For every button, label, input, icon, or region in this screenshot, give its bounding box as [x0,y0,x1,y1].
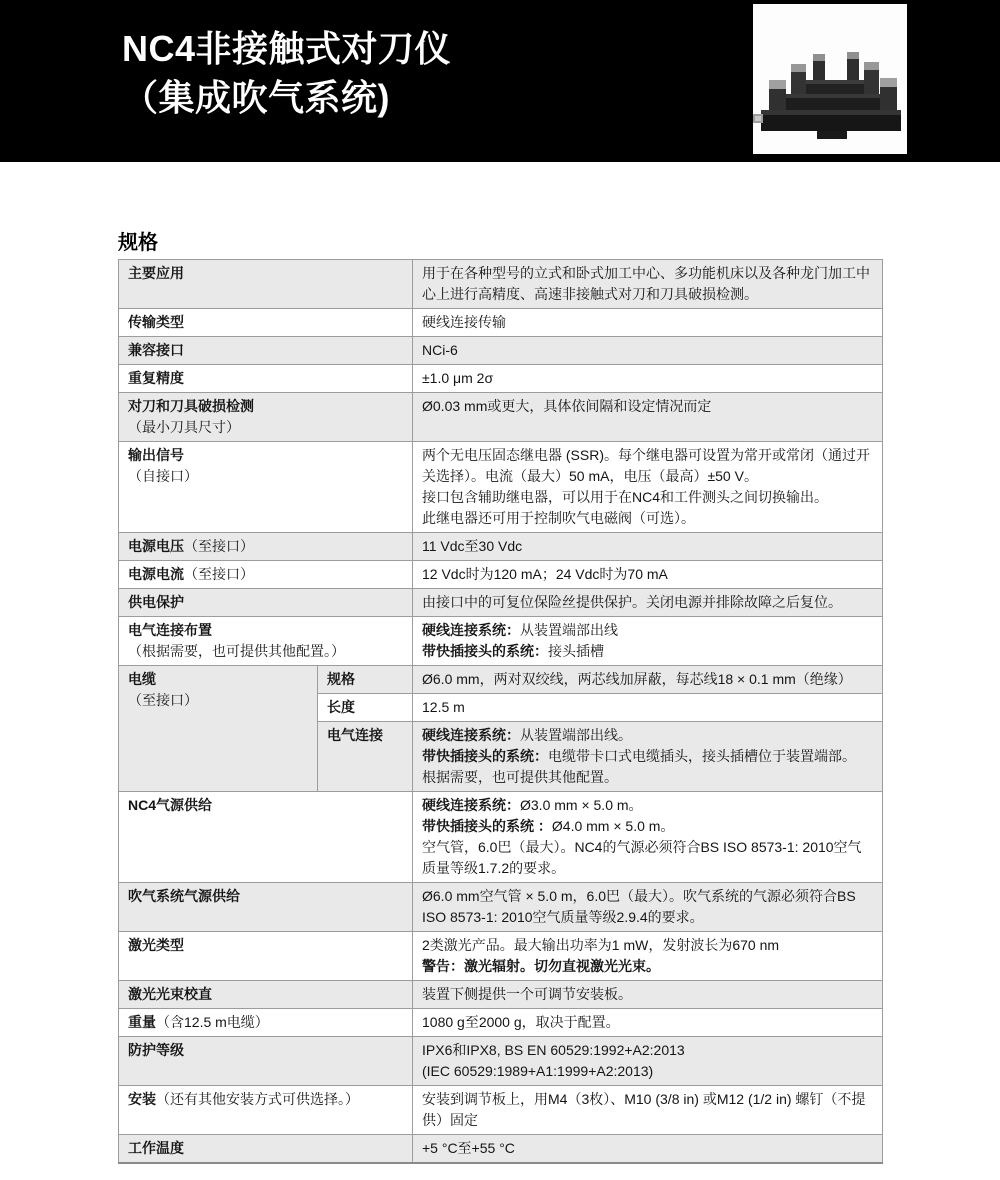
value-line: IPX6和IPX8, BS EN 60529:1992+A2:2013 [422,1040,874,1061]
text-segment: （至接口） [184,538,254,554]
value-line: (IEC 60529:1989+A1:1999+A2:2013) [422,1061,874,1082]
value-line: 硬线连接传输 [422,312,874,333]
text-segment: 供电保护 [128,594,184,610]
row-value: 硬线连接传输 [413,309,883,337]
table-row: NC4气源供给硬线连接系统：Ø3.0 mm × 5.0 m。带快插接头的系统 ：… [119,792,883,883]
text-segment: 2类激光产品。最大输出功率为1 mW，发射波长为670 nm [422,937,779,953]
row-value: 12 Vdc时为120 mA；24 Vdc时为70 mA [413,561,883,589]
value-line: +5 °C至+55 °C [422,1138,874,1159]
text-segment: (IEC 60529:1989+A1:1999+A2:2013) [422,1063,653,1079]
text-segment: 空气管，6.0巴（最大）。NC4的气源必须符合BS ISO 8573-1: 20… [422,839,862,876]
label-subline: （最小刀具尺寸） [128,417,404,438]
label-line: 激光类型 [128,935,404,956]
text-segment: （含12.5 m电缆） [156,1014,269,1030]
label-line: 供电保护 [128,592,404,613]
row-value: 1080 g至2000 g，取决于配置。 [413,1009,883,1037]
value-line: 2类激光产品。最大输出功率为1 mW，发射波长为670 nm [422,935,874,956]
text-segment: Ø0.03 mm或更大，具体依间隔和设定情况而定 [422,398,711,414]
table-row: 吹气系统气源供给Ø6.0 mm空气管 × 5.0 m，6.0巴（最大）。吹气系统… [119,883,883,932]
row-label: NC4气源供给 [119,792,413,883]
label-line: 主要应用 [128,263,404,284]
text-segment: 电缆带卡口式电缆插头，接头插槽位于装置端部。 [548,748,856,764]
table-row: 兼容接口NCi-6 [119,337,883,365]
text-segment: +5 °C至+55 °C [422,1140,515,1156]
row-value: 11 Vdc至30 Vdc [413,533,883,561]
value-line: 1080 g至2000 g，取决于配置。 [422,1012,874,1033]
value-line: 两个无电压固态继电器 (SSR)。每个继电器可设置为常开或常闭（通过开关选择）。… [422,445,874,487]
text-segment: 电源电流 [128,566,184,582]
label-line: 安装（还有其他安装方式可供选择。） [128,1089,404,1110]
row-label: 吹气系统气源供给 [119,883,413,932]
value-line: 装置下侧提供一个可调节安装板。 [422,984,874,1005]
label-line: 防护等级 [128,1040,404,1061]
value-line: 根据需要，也可提供其他配置。 [422,767,874,788]
value-line: Ø0.03 mm或更大，具体依间隔和设定情况而定 [422,396,874,417]
value-line: 带快插接头的系统 ：Ø4.0 mm × 5.0 m。 [422,816,874,837]
text-segment: （至接口） [184,566,254,582]
value-line: 接口包含辅助继电器，可以用于在NC4和工件测头之间切换输出。 [422,487,874,508]
text-segment: 重量 [128,1014,156,1030]
row-label: 重复精度 [119,365,413,393]
table-row: 防护等级IPX6和IPX8, BS EN 60529:1992+A2:2013(… [119,1037,883,1086]
value-line: 空气管，6.0巴（最大）。NC4的气源必须符合BS ISO 8573-1: 20… [422,837,874,879]
row-value: 由接口中的可复位保险丝提供保护。关闭电源并排除故障之后复位。 [413,589,883,617]
table-row: 对刀和刀具破损检测（最小刀具尺寸）Ø0.03 mm或更大，具体依间隔和设定情况而… [119,393,883,442]
text-segment: 两个无电压固态继电器 (SSR)。每个继电器可设置为常开或常闭（通过开关选择）。… [422,447,870,484]
value-line: Ø6.0 mm空气管 × 5.0 m，6.0巴（最大）。吹气系统的气源必须符合B… [422,886,874,928]
text-segment: 从装置端部出线 [520,622,618,638]
row-label: 电源电压（至接口） [119,533,413,561]
row-sublabel: 长度 [318,694,413,722]
text-segment: 吹气系统气源供给 [128,888,240,904]
row-value: 安装到调节板上，用M4（3枚）、M10 (3/8 in) 或M12 (1/2 i… [413,1086,883,1135]
text-segment: 激光类型 [128,937,184,953]
product-image [753,4,907,154]
row-value: 硬线连接系统：从装置端部出线。带快插接头的系统：电缆带卡口式电缆插头，接头插槽位… [413,722,883,792]
row-value: 用于在各种型号的立式和卧式加工中心、多功能机床以及各种龙门加工中心上进行高精度、… [413,260,883,309]
text-segment: ±1.0 μm 2σ [422,370,493,386]
row-label: 输出信号（自接口） [119,442,413,533]
text-segment: 电缆 [128,671,156,687]
row-value: IPX6和IPX8, BS EN 60529:1992+A2:2013(IEC … [413,1037,883,1086]
text-segment: IPX6和IPX8, BS EN 60529:1992+A2:2013 [422,1042,685,1058]
value-line: 警告：激光辐射。切勿直视激光光束。 [422,956,874,977]
row-label: 供电保护 [119,589,413,617]
value-line: 此继电器还可用于控制吹气电磁阀（可选）。 [422,508,874,529]
value-line: 硬线连接系统：Ø3.0 mm × 5.0 m。 [422,795,874,816]
product-photo-frame [753,4,907,154]
value-line: NCi-6 [422,340,874,361]
label-line: NC4气源供给 [128,795,404,816]
text-segment: 传输类型 [128,314,184,330]
row-label: 兼容接口 [119,337,413,365]
label-line: 电源电压（至接口） [128,536,404,557]
table-row: 电缆（至接口）规格Ø6.0 mm，两对双绞线，两芯线加屏蔽，每芯线18 × 0.… [119,666,883,694]
row-label: 传输类型 [119,309,413,337]
row-label: 电气连接布置（根据需要，也可提供其他配置。） [119,617,413,666]
page-title-line1: NC4非接触式对刀仪 [122,24,451,73]
value-line: Ø6.0 mm，两对双绞线，两芯线加屏蔽，每芯线18 × 0.1 mm（绝缘） [422,669,874,690]
row-value: Ø6.0 mm，两对双绞线，两芯线加屏蔽，每芯线18 × 0.1 mm（绝缘） [413,666,883,694]
label-line: 工作温度 [128,1138,404,1159]
row-label: 主要应用 [119,260,413,309]
row-label: 激光类型 [119,932,413,981]
text-segment: 电源电压 [128,538,184,554]
table-row: 重复精度±1.0 μm 2σ [119,365,883,393]
text-segment: 装置下侧提供一个可调节安装板。 [422,986,632,1002]
text-segment: 硬线连接系统： [422,622,520,638]
text-segment: 防护等级 [128,1042,184,1058]
label-line: 重量（含12.5 m电缆） [128,1012,404,1033]
text-segment: 工作温度 [128,1140,184,1156]
row-label: 电缆（至接口） [119,666,318,792]
value-line: 带快插接头的系统：电缆带卡口式电缆插头，接头插槽位于装置端部。 [422,746,874,767]
text-segment: 重复精度 [128,370,184,386]
label-line: 输出信号 [128,445,404,466]
row-label: 激光光束校直 [119,981,413,1009]
text-segment: Ø6.0 mm，两对双绞线，两芯线加屏蔽，每芯线18 × 0.1 mm（绝缘） [422,671,852,687]
table-row: 电源电压（至接口）11 Vdc至30 Vdc [119,533,883,561]
value-line: 硬线连接系统：从装置端部出线 [422,620,874,641]
table-row: 传输类型硬线连接传输 [119,309,883,337]
text-segment: 硬线连接系统： [422,797,520,813]
label-line: 电源电流（至接口） [128,564,404,585]
text-segment: 由接口中的可复位保险丝提供保护。关闭电源并排除故障之后复位。 [422,594,842,610]
table-row: 电源电流（至接口）12 Vdc时为120 mA；24 Vdc时为70 mA [119,561,883,589]
page-title: NC4非接触式对刀仪 （集成吹气系统) [122,24,451,122]
text-segment: 12.5 m [422,699,465,715]
row-value: 装置下侧提供一个可调节安装板。 [413,981,883,1009]
text-segment: 主要应用 [128,265,184,281]
label-subline: （自接口） [128,466,404,487]
value-line: 硬线连接系统：从装置端部出线。 [422,725,874,746]
value-line: 12 Vdc时为120 mA；24 Vdc时为70 mA [422,564,874,585]
value-line: 安装到调节板上，用M4（3枚）、M10 (3/8 in) 或M12 (1/2 i… [422,1089,874,1131]
text-segment: 电气连接布置 [128,622,212,638]
table-row: 安装（还有其他安装方式可供选择。）安装到调节板上，用M4（3枚）、M10 (3/… [119,1086,883,1135]
value-line: 11 Vdc至30 Vdc [422,536,874,557]
row-value: 12.5 m [413,694,883,722]
row-value: 2类激光产品。最大输出功率为1 mW，发射波长为670 nm警告：激光辐射。切勿… [413,932,883,981]
table-row: 重量（含12.5 m电缆）1080 g至2000 g，取决于配置。 [119,1009,883,1037]
text-segment: Ø6.0 mm空气管 × 5.0 m，6.0巴（最大）。吹气系统的气源必须符合B… [422,888,856,925]
row-value: ±1.0 μm 2σ [413,365,883,393]
row-sublabel: 电气连接 [318,722,413,792]
value-line: 由接口中的可复位保险丝提供保护。关闭电源并排除故障之后复位。 [422,592,874,613]
row-label: 对刀和刀具破损检测（最小刀具尺寸） [119,393,413,442]
text-segment: 此继电器还可用于控制吹气电磁阀（可选）。 [422,510,695,526]
row-value: NCi-6 [413,337,883,365]
text-segment: 带快插接头的系统： [422,643,548,659]
text-segment: 用于在各种型号的立式和卧式加工中心、多功能机床以及各种龙门加工中心上进行高精度、… [422,265,870,302]
text-segment: 硬线连接传输 [422,314,506,330]
table-row: 输出信号（自接口）两个无电压固态继电器 (SSR)。每个继电器可设置为常开或常闭… [119,442,883,533]
row-label: 电源电流（至接口） [119,561,413,589]
row-value: 两个无电压固态继电器 (SSR)。每个继电器可设置为常开或常闭（通过开关选择）。… [413,442,883,533]
text-segment: （还有其他安装方式可供选择。） [156,1091,359,1107]
page-header: NC4非接触式对刀仪 （集成吹气系统) [0,0,1000,162]
row-value: +5 °C至+55 °C [413,1135,883,1164]
table-row: 供电保护由接口中的可复位保险丝提供保护。关闭电源并排除故障之后复位。 [119,589,883,617]
row-label: 工作温度 [119,1135,413,1164]
table-row: 电气连接布置（根据需要，也可提供其他配置。）硬线连接系统：从装置端部出线带快插接… [119,617,883,666]
row-value: 硬线连接系统：从装置端部出线带快插接头的系统：接头插槽 [413,617,883,666]
label-line: 传输类型 [128,312,404,333]
text-segment: 从装置端部出线。 [520,727,632,743]
label-subline: （根据需要，也可提供其他配置。） [128,641,404,662]
text-segment: 接口包含辅助继电器，可以用于在NC4和工件测头之间切换输出。 [422,489,828,505]
row-sublabel: 规格 [318,666,413,694]
text-segment: 11 Vdc至30 Vdc [422,538,522,554]
value-line: 12.5 m [422,697,874,718]
row-label: 安装（还有其他安装方式可供选择。） [119,1086,413,1135]
label-line: 电缆 [128,669,309,690]
spec-table: 主要应用用于在各种型号的立式和卧式加工中心、多功能机床以及各种龙门加工中心上进行… [118,259,883,1164]
table-row: 工作温度+5 °C至+55 °C [119,1135,883,1164]
table-row: 主要应用用于在各种型号的立式和卧式加工中心、多功能机床以及各种龙门加工中心上进行… [119,260,883,309]
text-segment: 硬线连接系统： [422,727,520,743]
row-value: Ø0.03 mm或更大，具体依间隔和设定情况而定 [413,393,883,442]
text-segment: Ø3.0 mm × 5.0 m。 [520,797,643,813]
text-segment: 安装 [128,1091,156,1107]
text-segment: 根据需要，也可提供其他配置。 [422,769,618,785]
label-line: 吹气系统气源供给 [128,886,404,907]
text-segment: Ø4.0 mm × 5.0 m。 [552,818,675,834]
row-value: Ø6.0 mm空气管 × 5.0 m，6.0巴（最大）。吹气系统的气源必须符合B… [413,883,883,932]
text-segment: 1080 g至2000 g，取决于配置。 [422,1014,620,1030]
table-row: 激光光束校直装置下侧提供一个可调节安装板。 [119,981,883,1009]
label-line: 激光光束校直 [128,984,404,1005]
value-line: 用于在各种型号的立式和卧式加工中心、多功能机床以及各种龙门加工中心上进行高精度、… [422,263,874,305]
text-segment: NCi-6 [422,342,458,358]
label-subline: （至接口） [128,690,309,711]
text-segment: 接头插槽 [548,643,604,659]
text-segment: 带快插接头的系统： [422,748,548,764]
spec-table-body: 主要应用用于在各种型号的立式和卧式加工中心、多功能机床以及各种龙门加工中心上进行… [119,260,883,1164]
text-segment: 警告：激光辐射。切勿直视激光光束。 [422,958,660,974]
label-line: 重复精度 [128,368,404,389]
text-segment: 输出信号 [128,447,184,463]
value-line: 带快插接头的系统：接头插槽 [422,641,874,662]
label-line: 对刀和刀具破损检测 [128,396,404,417]
label-line: 兼容接口 [128,340,404,361]
value-line: ±1.0 μm 2σ [422,368,874,389]
page-title-line2: （集成吹气系统) [122,73,451,122]
text-segment: 安装到调节板上，用M4（3枚）、M10 (3/8 in) 或M12 (1/2 i… [422,1091,865,1128]
text-segment: 兼容接口 [128,342,184,358]
row-label: 重量（含12.5 m电缆） [119,1009,413,1037]
table-row: 激光类型2类激光产品。最大输出功率为1 mW，发射波长为670 nm警告：激光辐… [119,932,883,981]
row-label: 防护等级 [119,1037,413,1086]
row-value: 硬线连接系统：Ø3.0 mm × 5.0 m。带快插接头的系统 ：Ø4.0 mm… [413,792,883,883]
label-line: 电气连接布置 [128,620,404,641]
text-segment: 激光光束校直 [128,986,212,1002]
text-segment: NC4气源供给 [128,797,212,813]
text-segment: 带快插接头的系统 ： [422,818,552,834]
section-title: 规格 [118,226,158,255]
text-segment: 12 Vdc时为120 mA；24 Vdc时为70 mA [422,566,668,582]
text-segment: 对刀和刀具破损检测 [128,398,254,414]
